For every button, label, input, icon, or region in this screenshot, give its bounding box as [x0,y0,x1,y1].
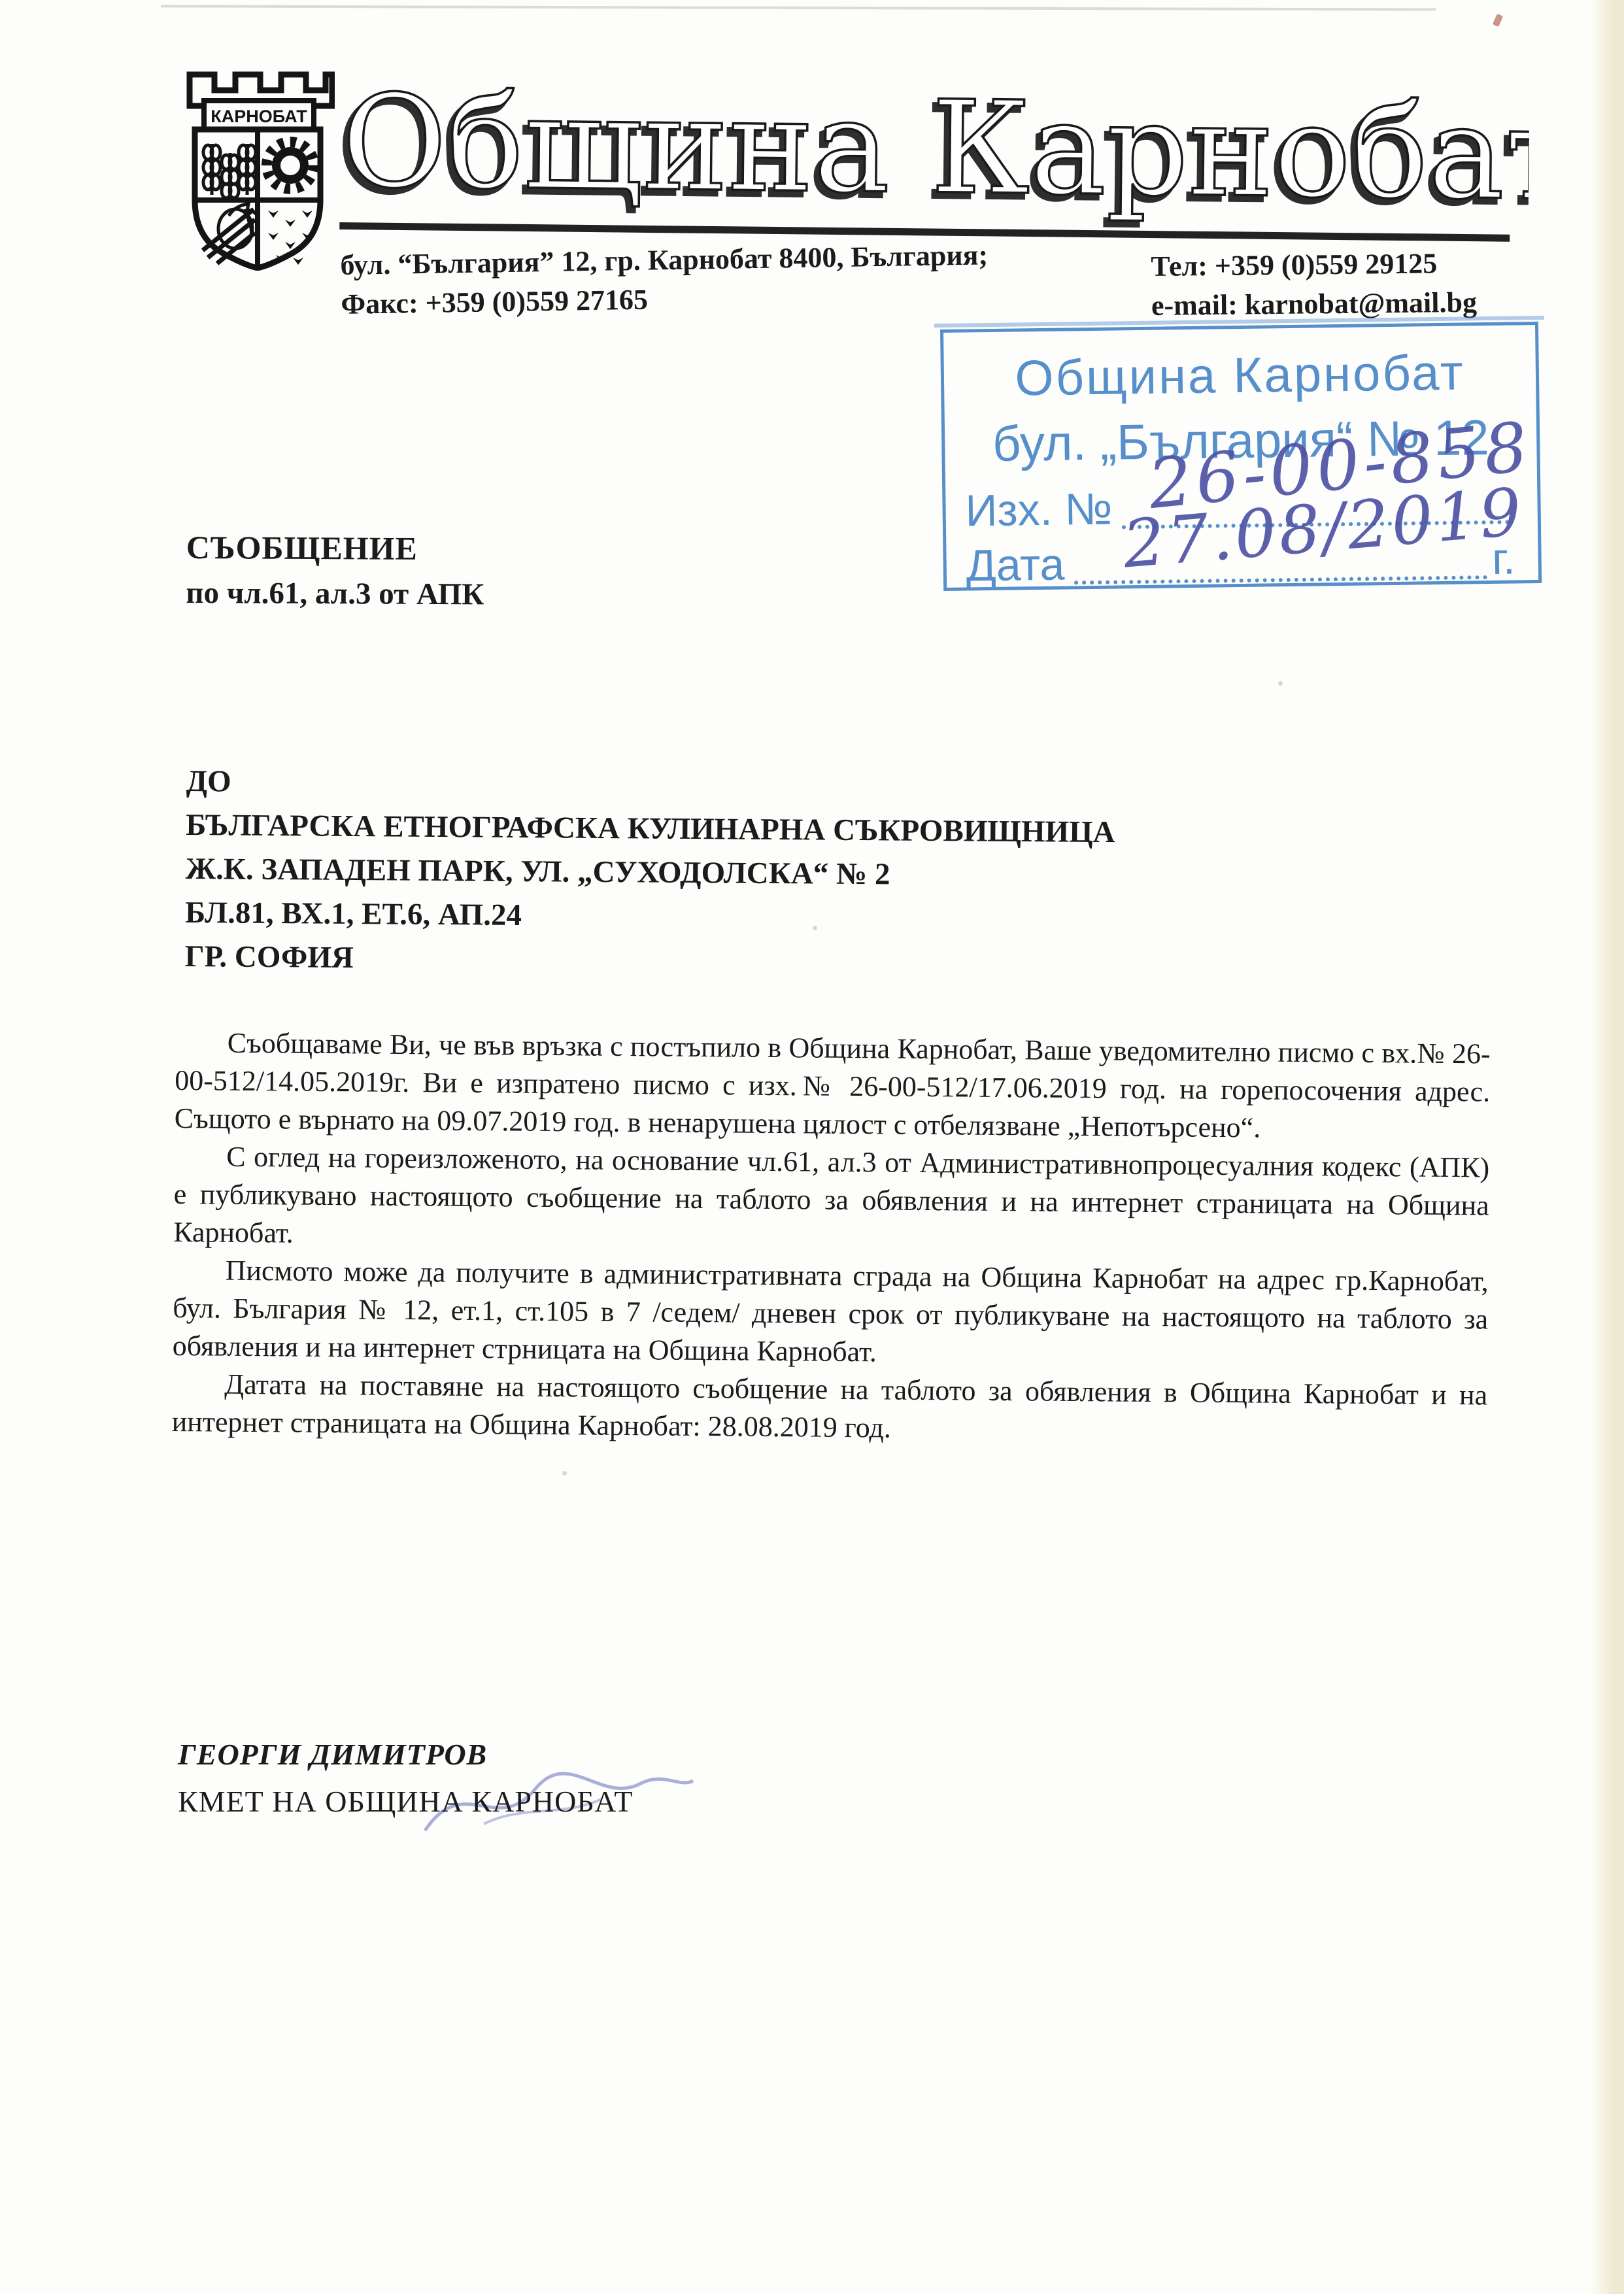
registry-stamp: Община Карнобат бул. „България“ № 12 Изх… [940,322,1542,591]
recipient-line: БЪЛГАРСКА ЕТНОГРАФСКА КУЛИНАРНА СЪКРОВИЩ… [186,803,1115,854]
municipality-logo: КАРНОБАТ [180,64,335,274]
body-paragraph: Датата на поставяне на настоящото съобще… [171,1365,1487,1453]
stamp-date-label: Дата [966,539,1065,592]
coat-of-arms-icon: КАРНОБАТ [180,64,335,271]
recipient-line: ДО [186,760,1115,811]
recipient-line: Ж.К. ЗАПАДЕН ПАРК, УЛ. „СУХОДОЛСКА“ № 2 [185,847,1115,898]
letterhead: Община Карнобат Община Карнобат [338,58,1530,246]
recipient-block: ДО БЪЛГАРСКА ЕТНОГРАФСКА КУЛИНАРНА СЪКРО… [184,760,1115,986]
scan-speck [1278,681,1283,686]
stamp-org-name: Община Карнобат [943,343,1536,408]
stamp-outgoing-label: Изх. № [965,484,1113,537]
logo-banner-label: КАРНОБАТ [211,107,307,126]
signer-name: ГЕОРГИ ДИМИТРОВ [178,1731,633,1778]
contact-phone-block: Тел: +359 (0)559 29125 e-mail: karnobat@… [1151,244,1477,326]
body-paragraph: Съобщаваме Ви, че във връзка с постъпило… [174,1024,1490,1149]
scan-top-line [161,5,1436,10]
subject-subtitle: по чл.61, ал.3 от АПК [186,575,484,612]
phone-line: Тел: +359 (0)559 29125 [1151,244,1477,286]
org-title: Община Карнобат Община Карнобат [338,58,1530,246]
signature-block: ГЕОРГИ ДИМИТРОВ КМЕТ НА ОБЩИНА КАРНОБАТ [178,1731,633,1825]
contact-address-block: бул. “България” 12, гр. Карнобат 8400, Б… [340,235,989,324]
scanned-letter-page: КАРНОБАТ Община Карнобат Община Карнобат… [0,0,1624,2294]
scan-edge-band [1590,0,1624,2294]
page-title: Община Карнобат [341,67,1529,229]
recipient-line: ГР. СОФИЯ [184,935,1114,986]
subject-title: СЪОБЩЕНИЕ [186,528,484,567]
body-paragraph: Писмото може да получите в административ… [172,1251,1488,1377]
body-paragraph: С оглед на гореизложеното, на основание … [173,1138,1489,1263]
subject-block: СЪОБЩЕНИЕ по чл.61, ал.3 от АПК [186,528,484,612]
recipient-line: БЛ.81, ВХ.1, ЕТ.6, АП.24 [185,891,1115,942]
letter-body: Съобщаваме Ви, че във връзка с постъпило… [171,1024,1490,1453]
scan-speck [562,1471,567,1476]
scan-red-speck [1493,14,1503,27]
signer-title: КМЕТ НА ОБЩИНА КАРНОБАТ [178,1778,633,1825]
